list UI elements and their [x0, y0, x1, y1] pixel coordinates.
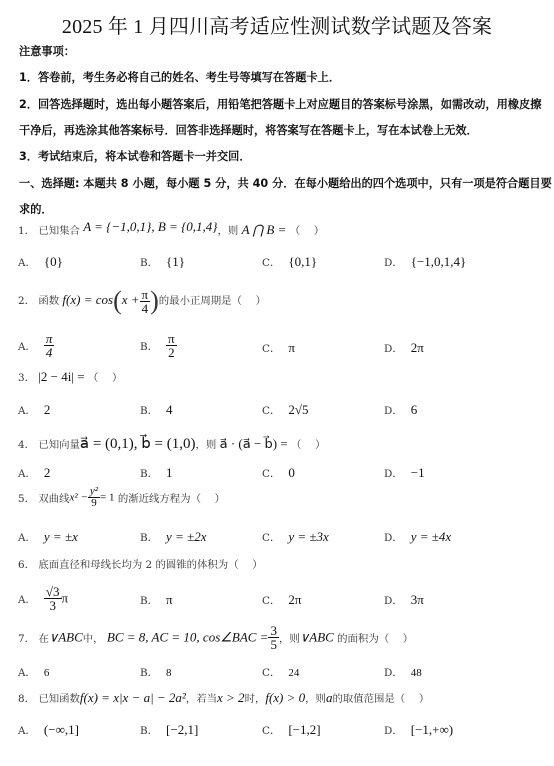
- math-expression: BC = 8, AC = 10, cos∠BAC =: [107, 630, 269, 645]
- option-c: C．y = ±3x: [262, 529, 329, 545]
- option-b: B．8: [140, 664, 172, 679]
- answer-blank: （ ）: [291, 439, 325, 451]
- option-a: A．(−∞,1]: [18, 722, 79, 738]
- question-4: 4． 已知向量a⃗ = (0,1), b⃗ = (1,0)，则 a⃗ · (a⃗…: [18, 434, 326, 453]
- answer-blank: （ ）: [379, 633, 413, 645]
- option-d: D．3π: [384, 592, 424, 608]
- question-8: 8． 已知函数f(x) = x|x − a| − 2a²，若当x > 2时，f(…: [18, 690, 429, 706]
- option-d: D．48: [384, 664, 422, 679]
- question-2: 2． 函数 f(x) = cos(x +π4)的最小正周期是（ ）: [18, 286, 266, 316]
- math-expression: a⃗ · (a⃗ − b⃗) =: [220, 436, 288, 451]
- answer-blank: （ ）: [290, 225, 324, 237]
- option-a: A．2: [18, 465, 50, 481]
- option-a: A．y = ±x: [18, 529, 78, 545]
- question-6: 6． 底面直径和母线长均为 2 的圆锥的体积为（ ）: [18, 556, 263, 571]
- option-c: C．0: [262, 465, 295, 481]
- option-d: D．6: [384, 402, 417, 418]
- math-expression: a⃗ = (0,1), b⃗ = (1,0): [80, 436, 196, 452]
- option-b: B．4: [140, 402, 173, 418]
- question-number: 1．: [18, 225, 35, 237]
- exam-page: 2025 年 1 月四川高考适应性测试数学试题及答案 注意事项： 1．答卷前，考…: [0, 0, 554, 766]
- option-c: C．2√5: [262, 402, 308, 418]
- section-heading: 一、选择题: 本题共 8 小题，每小题 5 分，共 40 分．在每小题给出的四个…: [19, 175, 552, 191]
- option-d: D．−1: [384, 465, 425, 481]
- math-expression: A = {−1,0,1}, B = {0,1,4}: [83, 219, 217, 234]
- option-a: A．√33π: [18, 585, 68, 612]
- fraction: 35: [268, 624, 279, 651]
- option-c: C．{0,1}: [262, 254, 317, 270]
- option-a: A．6: [18, 664, 49, 679]
- option-d: D．2π: [384, 340, 424, 356]
- question-7: 7． 在∨ABC中， BC = 8, AC = 10, cos∠BAC =35，…: [18, 624, 413, 651]
- math-expression: A ⋂ B =: [242, 222, 287, 237]
- answer-blank: （ ）: [191, 493, 225, 505]
- option-c: C．2π: [262, 592, 301, 608]
- math-expression: f(x) = x|x − a| − 2a²: [80, 690, 186, 705]
- math-expression: f(x) = cos: [62, 292, 113, 307]
- answer-blank: （ ）: [88, 372, 122, 384]
- option-a: A．{0}: [18, 254, 63, 270]
- answer-blank: （ ）: [228, 559, 262, 571]
- note-1: 1．答卷前，考生务必将自己的姓名、考生号等填写在答题卡上．: [19, 69, 340, 85]
- option-a: A．π4: [18, 332, 54, 359]
- math-expression: |2 − 4i| =: [38, 369, 84, 384]
- page-title: 2025 年 1 月四川高考适应性测试数学试题及答案: [0, 10, 554, 39]
- note-2: 2．回答选择题时，选出每小题答案后，用铅笔把答题卡上对应题目的答案标号涂黑，如需…: [19, 96, 541, 112]
- option-d: D．y = ±4x: [384, 529, 451, 545]
- fraction: π4: [140, 288, 151, 315]
- notes-heading: 注意事项：: [19, 43, 75, 59]
- answer-blank: （ ）: [232, 295, 266, 307]
- option-a: A．2: [18, 402, 50, 418]
- fraction: y²9: [88, 486, 100, 509]
- option-d: D．[−1,+∞): [384, 722, 453, 738]
- question-text: 已知集合: [38, 225, 80, 237]
- option-b: B．[−2,1]: [140, 722, 198, 738]
- option-b: B．π: [140, 592, 173, 608]
- option-b: B．{1}: [140, 254, 185, 270]
- question-3: 3． |2 − 4i| = （ ）: [18, 369, 122, 385]
- question-text: ，则: [217, 225, 238, 237]
- option-c: C．24: [262, 664, 299, 679]
- note-2-cont: 干净后，再选涂其他答案标号．回答非选择题时，将答案写在答题卡上，写在本试卷上无效…: [19, 122, 478, 138]
- note-3: 3．考试结束后，将本试卷和答题卡一并交回．: [19, 148, 251, 164]
- section-heading-cont: 求的．: [19, 201, 53, 217]
- question-5: 5． 双曲线x² −y²9= 1 的渐近线方程为（ ）: [18, 486, 225, 509]
- option-b: B．y = ±2x: [140, 529, 206, 545]
- option-d: D．{−1,0,1,4}: [384, 254, 466, 270]
- option-c: C．[−1,2]: [262, 722, 321, 738]
- option-c: C．π: [262, 340, 295, 356]
- option-b: B．π2: [140, 332, 177, 359]
- option-b: B．1: [140, 465, 173, 481]
- answer-blank: （ ）: [395, 693, 429, 705]
- question-1: 1． 已知集合 A = {−1,0,1}, B = {0,1,4}，则 A ⋂ …: [18, 222, 324, 238]
